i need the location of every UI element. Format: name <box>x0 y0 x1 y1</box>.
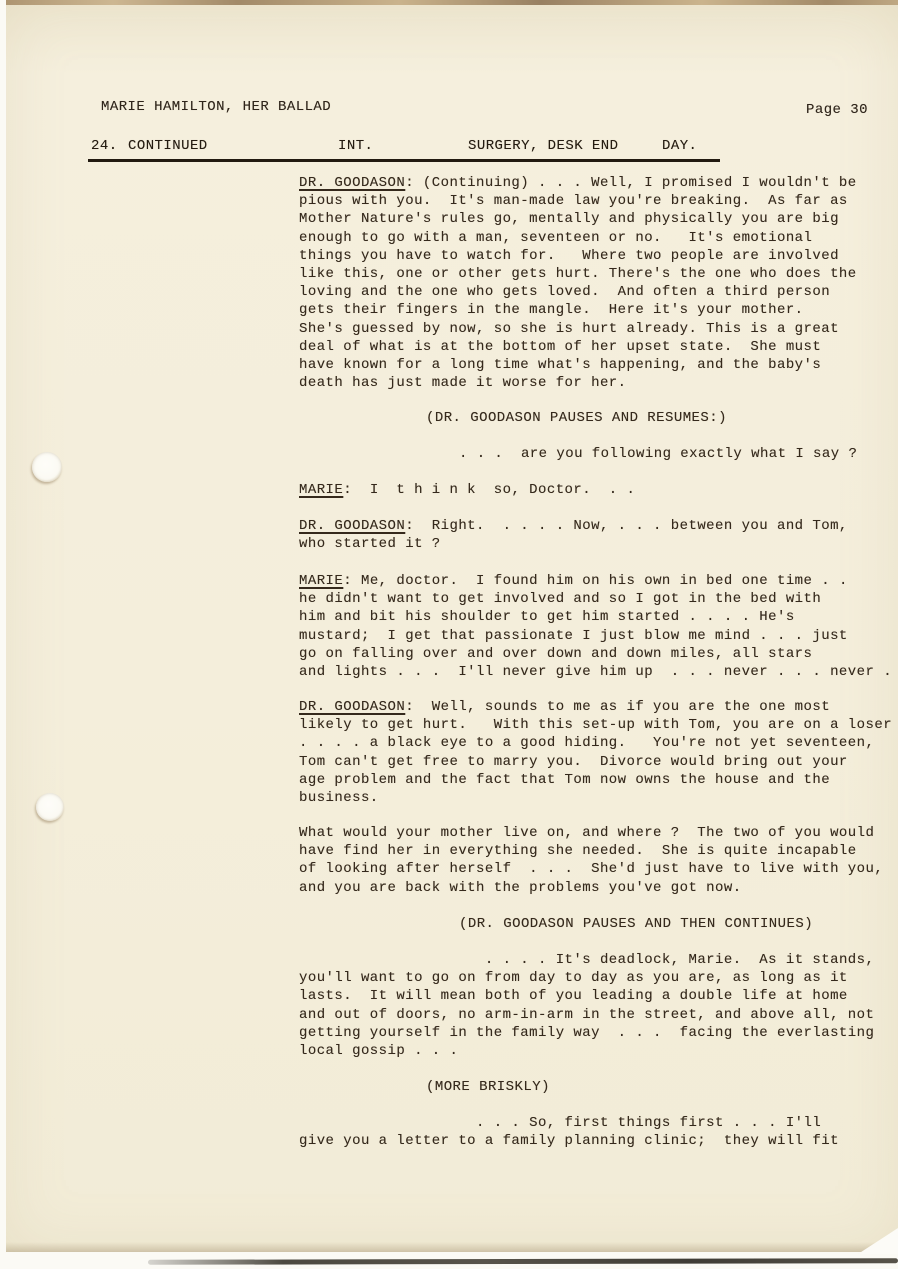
paper-bottom-edge-shadow <box>6 1242 898 1252</box>
dialogue-text: : Well, sounds to me as if you are the o… <box>299 699 892 806</box>
stage-direction-briskly: (MORE BRISKLY) <box>426 1078 550 1096</box>
dialogue-goodason-1: DR. GOODASON: (Continuing) . . . Well, I… <box>299 174 898 392</box>
stage-direction-pause-2: (DR. GOODASON PAUSES AND THEN CONTINUES) <box>459 915 813 933</box>
punch-hole-bottom <box>36 793 64 821</box>
speaker-name: MARIE <box>299 482 343 498</box>
speaker-name: DR. GOODASON <box>299 175 405 191</box>
dialogue-marie-2: MARIE: Me, doctor. I found him on his ow… <box>299 572 898 681</box>
scene-interior-label: INT. <box>338 137 373 155</box>
dialogue-text: : Me, doctor. I found him on his own in … <box>299 573 892 680</box>
punch-hole-top <box>32 452 62 482</box>
dialogue-goodason-3-continued: What would your mother live on, and wher… <box>299 824 898 897</box>
paper-sheet: MARIE HAMILTON, HER BALLAD Page 30 24. C… <box>6 0 898 1252</box>
speaker-name: DR. GOODASON <box>299 699 405 715</box>
dialogue-continuation-1: . . . are you following exactly what I s… <box>459 445 857 463</box>
scene-continued-label: CONTINUED <box>128 137 208 155</box>
script-title: MARIE HAMILTON, HER BALLAD <box>101 98 331 116</box>
scan-bottom-smudge <box>148 1258 898 1265</box>
dialogue-goodason-2: DR. GOODASON: Right. . . . . Now, . . . … <box>299 517 898 553</box>
dialogue-goodason-3: DR. GOODASON: Well, sounds to me as if y… <box>299 698 898 807</box>
dialogue-goodason-5: . . . So, first things first . . . I'll … <box>299 1114 898 1150</box>
scene-location: SURGERY, DESK END <box>468 137 618 155</box>
scanned-script-page: MARIE HAMILTON, HER BALLAD Page 30 24. C… <box>0 0 898 1269</box>
scene-heading: 24. CONTINUED INT. SURGERY, DESK END DAY… <box>88 135 720 162</box>
paper-top-edge <box>6 0 898 5</box>
scene-time: DAY. <box>662 137 697 155</box>
dialogue-text: : I t h i n k so, Doctor. . . <box>343 482 635 498</box>
speaker-name: DR. GOODASON <box>299 518 405 534</box>
dialogue-marie-1: MARIE: I t h i n k so, Doctor. . . <box>299 481 898 499</box>
page-number: Page 30 <box>806 101 868 119</box>
dialogue-goodason-4: . . . . It's deadlock, Marie. As it stan… <box>299 951 898 1060</box>
scene-number: 24. <box>91 137 118 155</box>
speaker-name: MARIE <box>299 573 343 589</box>
stage-direction-pause-1: (DR. GOODASON PAUSES AND RESUMES:) <box>426 409 727 427</box>
dialogue-text: : (Continuing) . . . Well, I promised I … <box>299 175 857 391</box>
